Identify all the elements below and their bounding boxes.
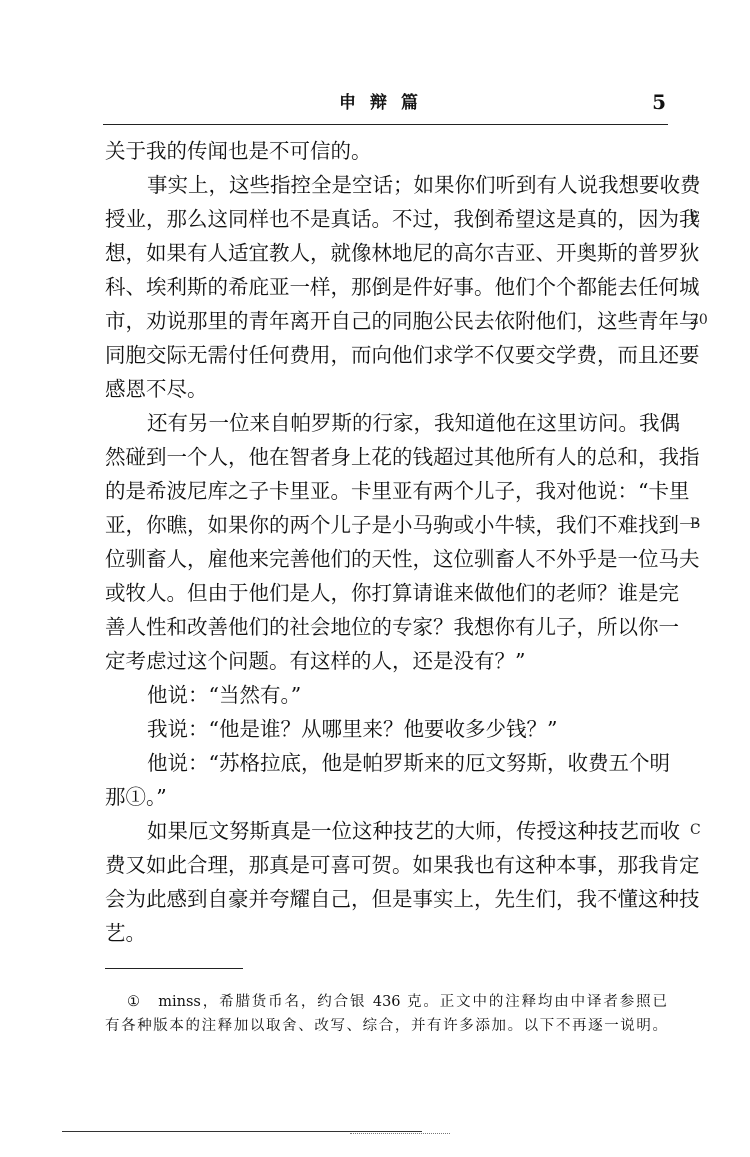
text-line: 同胞交际无需付任何费用，而向他们求学不仅要交学费，而且还要 [105,338,667,372]
text-line: 他说：“苏格拉底，他是帕罗斯来的厄文努斯，收费五个明 [105,746,667,780]
text-line: 亚，你瞧，如果你的两个儿子是小马驹或小牛犊，我们不难找到一 [105,508,667,542]
text-line: 位驯畜人，雇他来完善他们的天性，这位驯畜人不外乎是一位马夫 [105,542,667,576]
footnote-line: ① minss，希腊货币名，约合银 436 克。正文中的注释均由中译者参照已 [105,990,667,1014]
page-number: 5 [652,90,666,114]
header-divider [103,124,668,125]
text-line: 感恩不尽。 [105,372,667,406]
footnote-line: 有各种版本的注释加以取舍、改写、综合，并有许多添加。以下不再逐一说明。 [105,1014,667,1038]
text-line: 艺。 [105,916,667,950]
text-line: 的是希波尼库之子卡里亚。卡里亚有两个儿子，我对他说：“卡里 [105,474,667,508]
footnote-divider [105,968,243,969]
text-line: 然碰到一个人，他在智者身上花的钱超过其他所有人的总和，我指 [105,440,667,474]
stephanus-marker: C [690,822,701,838]
chapter-title: 申辩篇 [103,88,668,113]
text-line: 那①。” [105,780,667,814]
body-text: 关于我的传闻也是不可信的。 事实上，这些指控全是空话；如果你们听到有人说我想要收… [105,134,667,950]
text-line: 事实上，这些指控全是空话；如果你们听到有人说我想要收费 [105,168,667,202]
text-line: 我说：“他是谁？从哪里来？他要收多少钱？” [105,712,667,746]
text-line: 定考虑过这个问题。有这样的人，还是没有？” [105,644,667,678]
scan-edge-line [62,1131,422,1132]
footnote: ① minss，希腊货币名，约合银 436 克。正文中的注释均由中译者参照已 有… [105,990,667,1038]
text-line: 科、埃利斯的希庇亚一样，那倒是件好事。他们个个都能去任何城 [105,270,667,304]
text-line: 费又如此合理，那真是可喜可贺。如果我也有这种本事，那我肯定 [105,848,667,882]
text-line: 善人性和改善他们的社会地位的专家？我想你有儿子，所以你一 [105,610,667,644]
line-number-marker: 20 [690,312,708,328]
text-line: 想，如果有人适宜教人，就像林地尼的高尔吉亚、开奥斯的普罗狄 [105,236,667,270]
scan-edge-dots [350,1133,450,1134]
stephanus-marker: E [690,210,700,226]
text-line: 他说：“当然有。” [105,678,667,712]
text-line: 或牧人。但由于他们是人，你打算请谁来做他们的老师？谁是完 [105,576,667,610]
text-line: 会为此感到自豪并夸耀自己，但是事实上，先生们，我不懂这种技 [105,882,667,916]
running-header: 申辩篇 5 [103,84,668,118]
text-line: 授业，那么这同样也不是真话。不过，我倒希望这是真的，因为我 [105,202,667,236]
text-line: 市，劝说那里的青年离开自己的同胞公民去依附他们，这些青年与 [105,304,667,338]
text-line: 如果厄文努斯真是一位这种技艺的大师，传授这种技艺而收 [105,814,667,848]
text-line: 还有另一位来自帕罗斯的行家，我知道他在这里访问。我偶 [105,406,667,440]
stephanus-marker: B [690,516,700,532]
text-line: 关于我的传闻也是不可信的。 [105,134,667,168]
